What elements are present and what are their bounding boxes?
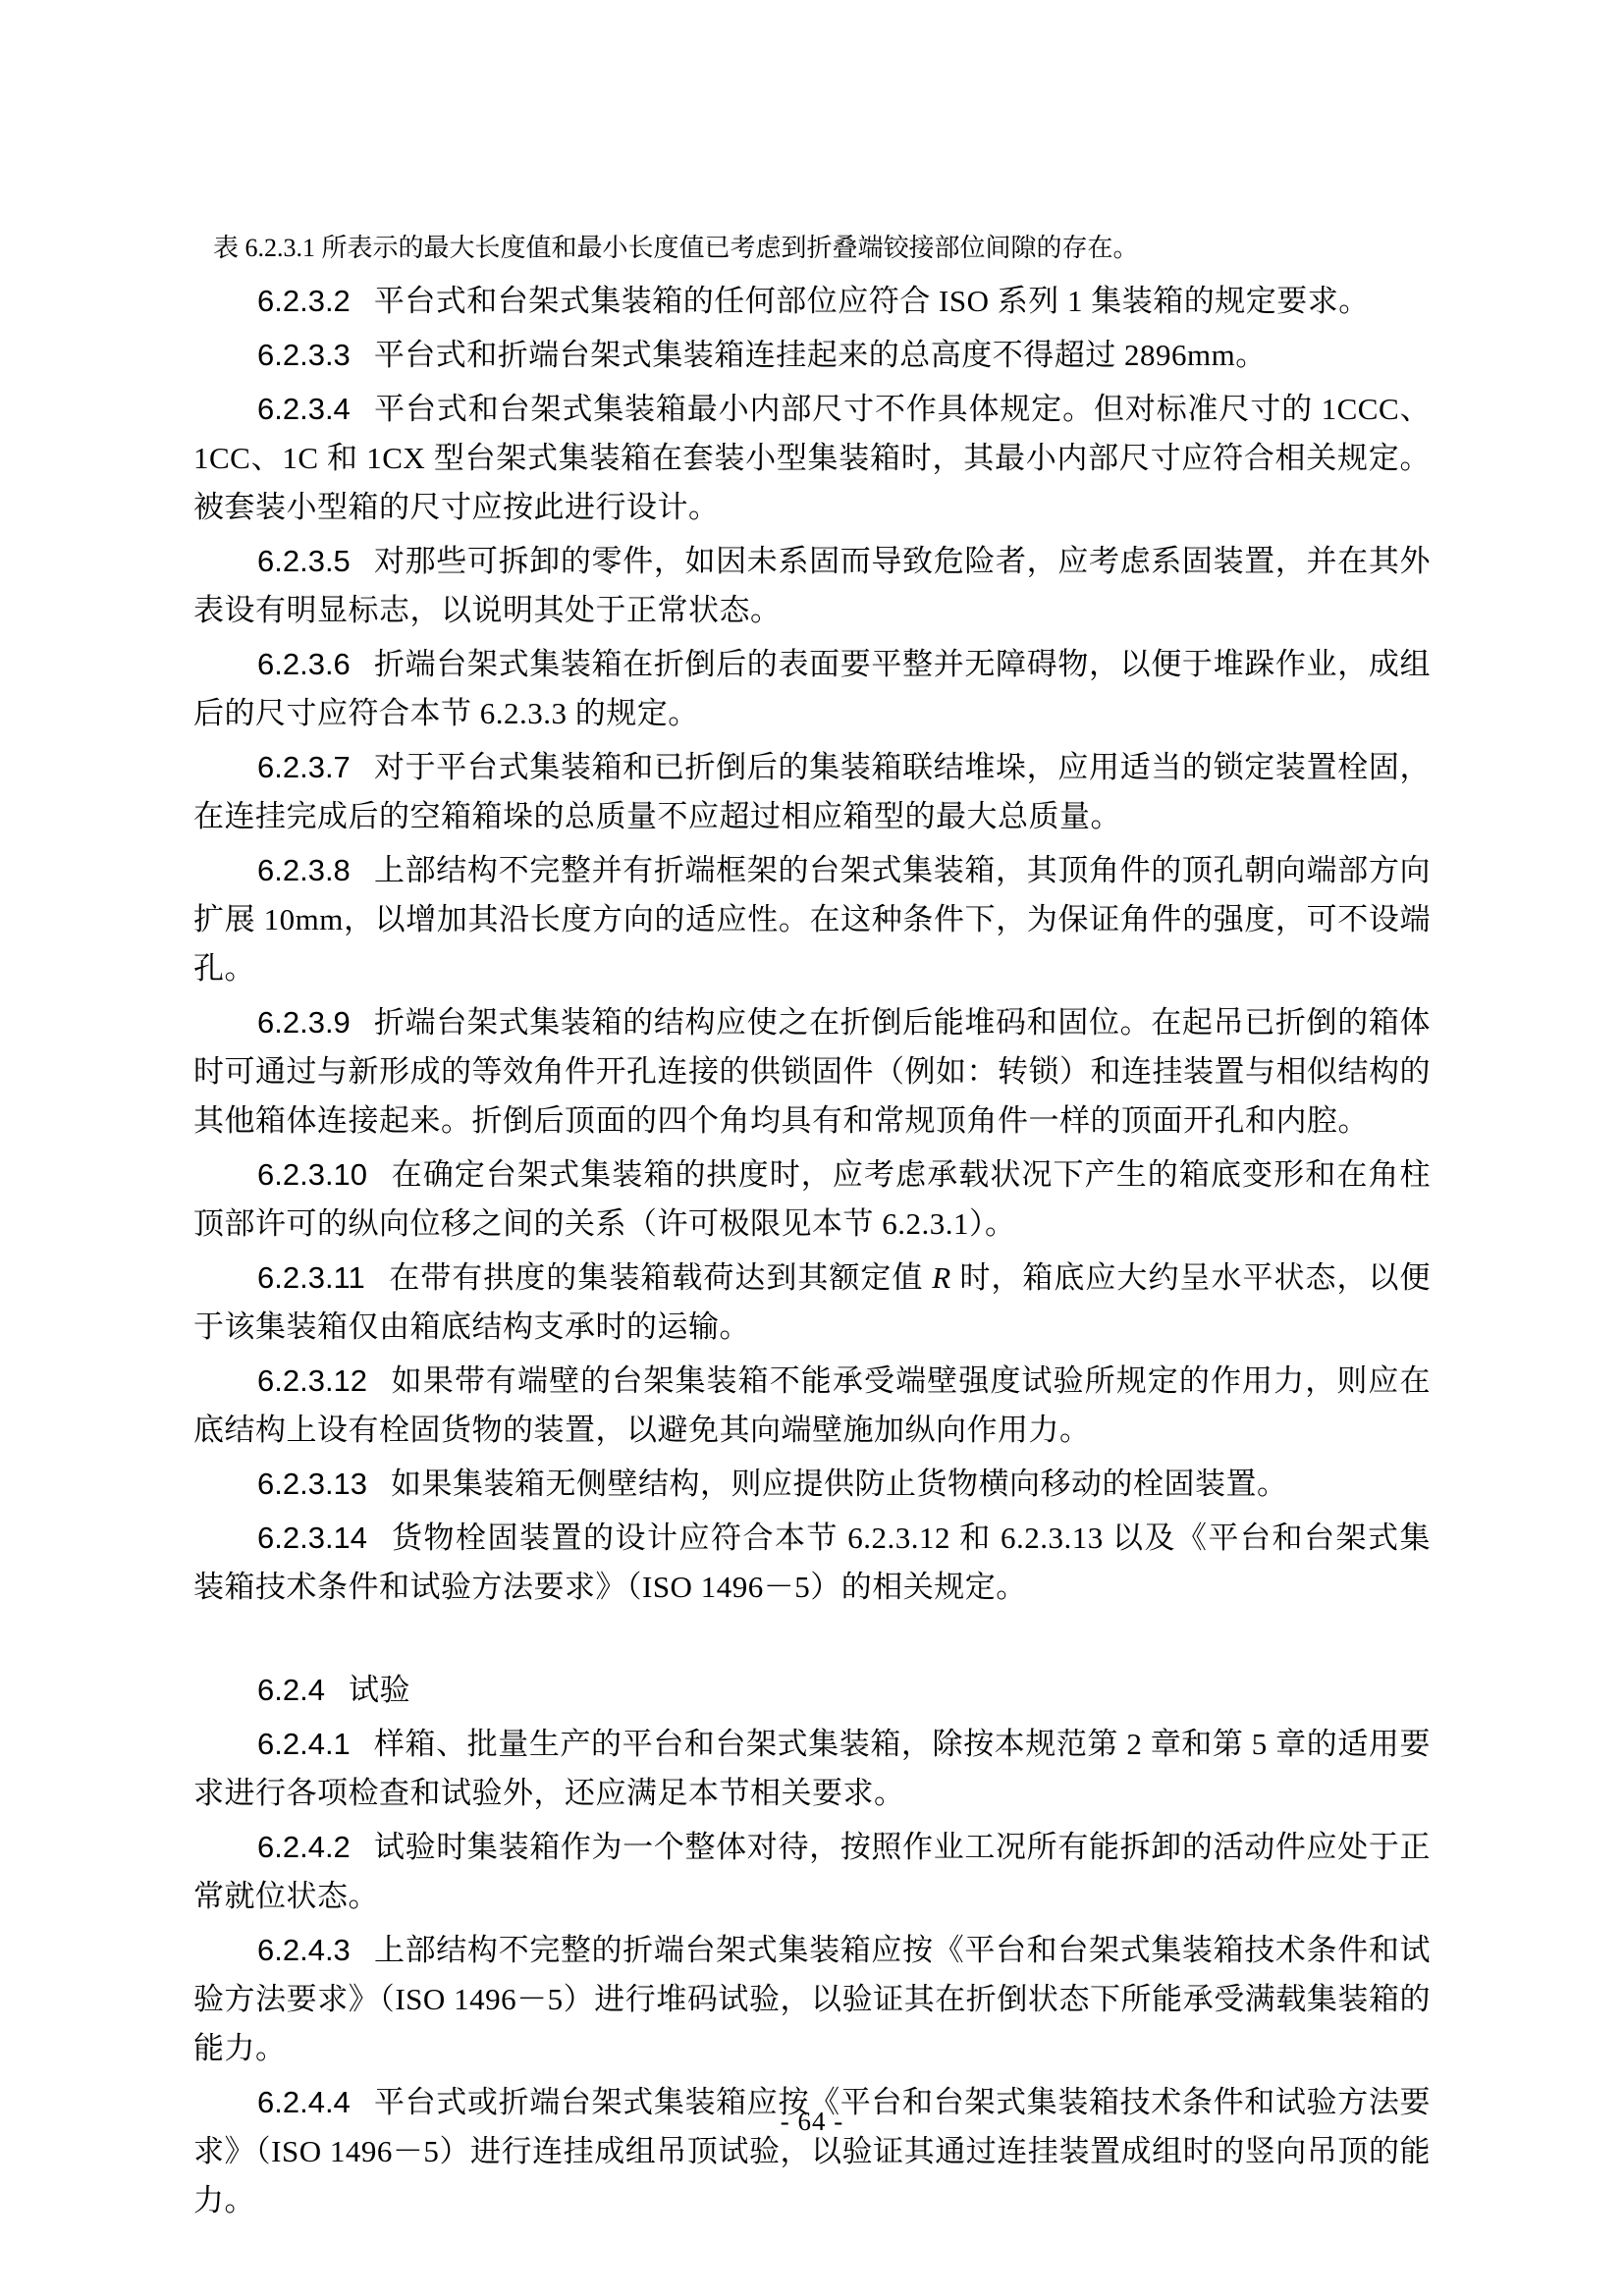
paragraph-text: 折端台架式集装箱在折倒后的表面要平整并无障碍物，以便于堆跺作业，成组后的尺寸应符… bbox=[193, 647, 1431, 730]
paragraph-text: 对于平台式集装箱和已折倒后的集装箱联结堆垛，应用适当的锁定装置栓固，在连挂完成后… bbox=[193, 750, 1431, 833]
paragraph-6-2-3-8: 6.2.3.8上部结构不完整并有折端框架的台架式集装箱，其顶角件的顶孔朝向端部方… bbox=[193, 846, 1431, 993]
paragraph-6-2-3-6: 6.2.3.6折端台架式集装箱在折倒后的表面要平整并无障碍物，以便于堆跺作业，成… bbox=[193, 640, 1431, 738]
section-number: 6.2.3.8 bbox=[257, 853, 351, 887]
paragraph-6-2-3-2: 6.2.3.2平台式和台架式集装箱的任何部位应符合 ISO 系列 1 集装箱的规… bbox=[193, 277, 1431, 326]
paragraph-6-2-3-7: 6.2.3.7对于平台式集装箱和已折倒后的集装箱联结堆垛，应用适当的锁定装置栓固… bbox=[193, 743, 1431, 841]
section-number: 6.2.3.9 bbox=[257, 1005, 351, 1040]
section-number: 6.2.3.5 bbox=[257, 544, 351, 578]
section-number: 6.2.3.11 bbox=[257, 1260, 365, 1295]
section-number: 6.2.3.10 bbox=[257, 1157, 367, 1192]
paragraph-text: 在带有拱度的集装箱载荷达到其额定值 bbox=[389, 1260, 932, 1295]
note-line: 表 6.2.3.1 所表示的最大长度值和最小长度值已考虑到折叠端铰接部位间隙的存… bbox=[193, 224, 1431, 273]
paragraph-6-2-4-1: 6.2.4.1样箱、批量生产的平台和台架式集装箱，除按本规范第 2 章和第 5 … bbox=[193, 1720, 1431, 1818]
section-number: 6.2.3.7 bbox=[257, 750, 351, 784]
section-number: 6.2.3.6 bbox=[257, 647, 351, 681]
section-number: 6.2.3.2 bbox=[257, 284, 351, 318]
paragraph-text: 在确定台架式集装箱的拱度时，应考虑承载状况下产生的箱底变形和在角柱顶部许可的纵向… bbox=[193, 1157, 1431, 1241]
paragraph-6-2-3-14: 6.2.3.14货物栓固装置的设计应符合本节 6.2.3.12 和 6.2.3.… bbox=[193, 1514, 1431, 1612]
paragraph-6-2-3-11: 6.2.3.11在带有拱度的集装箱载荷达到其额定值 R 时，箱底应大约呈水平状态… bbox=[193, 1254, 1431, 1352]
paragraph-6-2-4-2: 6.2.4.2试验时集装箱作为一个整体对待，按照作业工况所有能拆卸的活动件应处于… bbox=[193, 1823, 1431, 1921]
section-number: 6.2.4 bbox=[257, 1673, 325, 1707]
paragraph-6-2-3-13: 6.2.3.13如果集装箱无侧壁结构，则应提供防止货物横向移动的栓固装置。 bbox=[193, 1460, 1431, 1509]
paragraph-text: 样箱、批量生产的平台和台架式集装箱，除按本规范第 2 章和第 5 章的适用要求进… bbox=[193, 1727, 1431, 1810]
paragraph-text: 上部结构不完整并有折端框架的台架式集装箱，其顶角件的顶孔朝向端部方向扩展 10m… bbox=[193, 853, 1431, 986]
rating-symbol-R: R bbox=[932, 1260, 950, 1295]
section-number: 6.2.3.12 bbox=[257, 1363, 367, 1398]
section-number: 6.2.4.2 bbox=[257, 1830, 351, 1864]
paragraph-6-2-4-4: 6.2.4.4平台式或折端台架式集装箱应按《平台和台架式集装箱技术条件和试验方法… bbox=[193, 2078, 1431, 2225]
content-area: 表 6.2.3.1 所表示的最大长度值和最小长度值已考虑到折叠端铰接部位间隙的存… bbox=[193, 224, 1431, 2230]
paragraph-6-2-3-4: 6.2.3.4平台式和台架式集装箱最小内部尺寸不作具体规定。但对标准尺寸的 1C… bbox=[193, 385, 1431, 532]
section-number: 6.2.3.14 bbox=[257, 1521, 367, 1555]
paragraph-6-2-3-3: 6.2.3.3平台式和折端台架式集装箱连挂起来的总高度不得超过 2896mm。 bbox=[193, 331, 1431, 380]
paragraph-text: 试验时集装箱作为一个整体对待，按照作业工况所有能拆卸的活动件应处于正常就位状态。 bbox=[193, 1830, 1431, 1913]
paragraph-text: 货物栓固装置的设计应符合本节 6.2.3.12 和 6.2.3.13 以及《平台… bbox=[193, 1521, 1431, 1604]
paragraph-text: 上部结构不完整的折端台架式集装箱应按《平台和台架式集装箱技术条件和试验方法要求》… bbox=[193, 1933, 1431, 2065]
heading-6-2-4: 6.2.4试验 bbox=[193, 1666, 1431, 1715]
paragraph-text: 对那些可拆卸的零件，如因未系固而导致危险者，应考虑系固装置，并在其外表设有明显标… bbox=[193, 544, 1431, 627]
paragraph-text: 平台式和台架式集装箱最小内部尺寸不作具体规定。但对标准尺寸的 1CCC、1CC、… bbox=[193, 392, 1431, 524]
section-number: 6.2.3.4 bbox=[257, 392, 351, 426]
paragraph-6-2-3-12: 6.2.3.12如果带有端壁的台架集装箱不能承受端壁强度试验所规定的作用力，则应… bbox=[193, 1357, 1431, 1455]
paragraph-text: 折端台架式集装箱的结构应使之在折倒后能堆码和固位。在起吊已折倒的箱体时可通过与新… bbox=[193, 1005, 1431, 1138]
footer-page-number: - 64 - bbox=[0, 2107, 1624, 2137]
section-number: 6.2.3.3 bbox=[257, 338, 351, 372]
section-number: 6.2.4.3 bbox=[257, 1933, 351, 1967]
document-page: 表 6.2.3.1 所表示的最大长度值和最小长度值已考虑到折叠端铰接部位间隙的存… bbox=[0, 0, 1624, 2296]
paragraph-text: 如果带有端壁的台架集装箱不能承受端壁强度试验所规定的作用力，则应在底结构上设有栓… bbox=[193, 1363, 1431, 1447]
section-number: 6.2.3.13 bbox=[257, 1467, 367, 1501]
heading-title: 试验 bbox=[349, 1673, 410, 1707]
paragraph-text: 如果集装箱无侧壁结构，则应提供防止货物横向移动的栓固装置。 bbox=[391, 1467, 1288, 1501]
paragraph-6-2-4-3: 6.2.4.3上部结构不完整的折端台架式集装箱应按《平台和台架式集装箱技术条件和… bbox=[193, 1926, 1431, 2073]
paragraph-6-2-3-5: 6.2.3.5对那些可拆卸的零件，如因未系固而导致危险者，应考虑系固装置，并在其… bbox=[193, 537, 1431, 635]
note-text: 表 6.2.3.1 所表示的最大长度值和最小长度值已考虑到折叠端铰接部位间隙的存… bbox=[213, 234, 1139, 262]
paragraph-6-2-3-9: 6.2.3.9折端台架式集装箱的结构应使之在折倒后能堆码和固位。在起吊已折倒的箱… bbox=[193, 998, 1431, 1146]
paragraph-text: 平台式和折端台架式集装箱连挂起来的总高度不得超过 2896mm。 bbox=[374, 338, 1267, 372]
paragraph-text: 平台式或折端台架式集装箱应按《平台和台架式集装箱技术条件和试验方法要求》（ISO… bbox=[193, 2085, 1431, 2217]
paragraph-6-2-3-10: 6.2.3.10在确定台架式集装箱的拱度时，应考虑承载状况下产生的箱底变形和在角… bbox=[193, 1150, 1431, 1249]
section-number: 6.2.4.1 bbox=[257, 1727, 351, 1761]
paragraph-text: 平台式和台架式集装箱的任何部位应符合 ISO 系列 1 集装箱的规定要求。 bbox=[374, 284, 1370, 318]
